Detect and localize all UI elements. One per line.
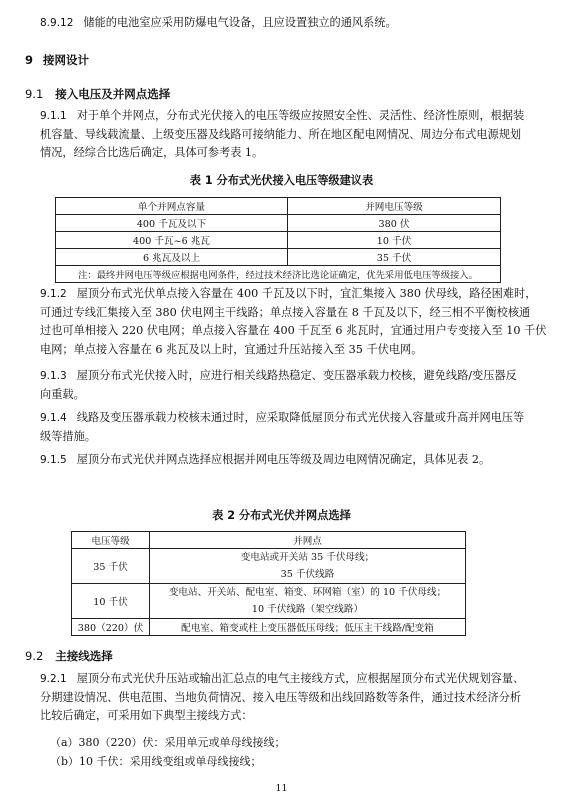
clause-line: 可通过专线汇集接入至 380 伏电网主干线路；单点接入容量在 8 千瓦及以下，经…	[40, 304, 546, 323]
table-cell: 变电站、开关站、配电室、箱变、环网箱（室）的 10 千伏母线； 10 千伏线路（…	[150, 584, 466, 619]
section-heading-9-2: 9.2主接线选择	[25, 648, 113, 664]
clause-line: 过也可单相接入 220 伏电网；单点接入容量在 400 千瓦至 6 兆瓦时，宜通…	[40, 322, 546, 341]
table-1: 单个并网点容量 并网电压等级 400 千瓦及以下 380 伏 400 千瓦~6 …	[55, 197, 501, 283]
clause-9-1-1: 9.1.1对于单个并网点，分布式光伏接入的电压等级应按照安全性、灵活性、经济性原…	[40, 107, 524, 163]
table-cell: 10 千伏	[72, 584, 150, 619]
clause-line: 对于单个并网点，分布式光伏接入的电压等级应按照安全性、灵活性、经济性原则，根据装	[77, 109, 525, 122]
grid-point-line: 变电站或开关站 35 千伏母线；	[150, 549, 465, 566]
table-cell: 35 千伏	[72, 549, 150, 584]
clause-number: 9.2.1	[40, 673, 67, 685]
table-header-cell: 并网电压等级	[288, 198, 501, 215]
grid-point-line: 变电站、开关站、配电室、箱变、环网箱（室）的 10 千伏母线；	[150, 584, 465, 601]
table-header-cell: 单个并网点容量	[56, 198, 288, 215]
table-header-cell: 并网点	[150, 532, 466, 549]
clause-number: 9.1.3	[40, 370, 67, 382]
clause-line: 线路及变压器承载力校核未通过时，应采取降低屋顶分布式光伏接入容量或升高并网电压等	[77, 411, 525, 424]
table-note-row: 注：最终并网电压等级应根据电网条件，经过技术经济比选论证确定，优先采用低电压等级…	[56, 266, 501, 283]
clause-line: 向重载。	[40, 386, 517, 405]
table-row: 400 千瓦~6 兆瓦 10 千伏	[56, 232, 501, 249]
clause-text: 储能的电池室应采用防爆电气设备，且应设置独立的通风系统。	[83, 16, 396, 29]
heading-text: 主接线选择	[55, 649, 113, 663]
heading-number: 9	[25, 53, 33, 67]
table-cell: 380（220）伏	[72, 619, 150, 636]
section-heading-9-1: 9.1接入电压及并网点选择	[25, 86, 170, 102]
heading-number: 9.2	[25, 649, 43, 663]
clause-text: 屋顶分布式光伏并网点选择应根据并网电压等级及周边电网情况确定，具体见表 2。	[77, 453, 490, 466]
clause-line: 比较后确定，可采用如下典型主接线方式：	[40, 707, 524, 726]
list-item: （b）10 千伏：采用线变组或单母线接线；	[50, 752, 286, 771]
table-note: 注：最终并网电压等级应根据电网条件，经过技术经济比选论证确定，优先采用低电压等级…	[56, 266, 501, 283]
page-number: 11	[0, 783, 563, 794]
table-cell: 变电站或开关站 35 千伏母线； 35 千伏线路	[150, 549, 466, 584]
table-cell: 配电室、箱变或柱上变压器低压母线；低压主干线路/配变箱	[150, 619, 466, 636]
clause-number: 9.1.1	[40, 110, 67, 122]
table-row: 400 千瓦及以下 380 伏	[56, 215, 501, 232]
table-cell: 6 兆瓦及以上	[56, 249, 288, 266]
table-2-caption: 表 2 分布式光伏并网点选择	[0, 507, 563, 523]
table-row: 10 千伏 变电站、开关站、配电室、箱变、环网箱（室）的 10 千伏母线； 10…	[72, 584, 466, 619]
wiring-options-list: （a）380（220）伏：采用单元或单母线接线； （b）10 千伏：采用线变组或…	[50, 733, 286, 771]
table-row: 380（220）伏 配电室、箱变或柱上变压器低压母线；低压主干线路/配变箱	[72, 619, 466, 636]
section-heading-9: 9接网设计	[25, 52, 89, 68]
heading-text: 接网设计	[43, 53, 89, 67]
table-2: 电压等级 并网点 35 千伏 变电站或开关站 35 千伏母线； 35 千伏线路 …	[71, 531, 466, 636]
grid-point-line: 10 千伏线路（架空线路）	[150, 601, 465, 618]
clause-line: 电网；单点接入容量在 6 兆瓦及以上时，宜通过升压站接入至 35 千伏电网。	[40, 341, 546, 360]
clause-number: 9.1.4	[40, 412, 67, 424]
grid-point-line: 配电室、箱变或柱上变压器低压母线；低压主干线路/配变箱	[150, 620, 465, 634]
clause-line: 分期建设情况、供电范围、当地负荷情况、接入电压等级和出线回路数等条件，通过技术经…	[40, 689, 524, 708]
clause-number: 8.9.12	[40, 17, 73, 29]
list-item: （a）380（220）伏：采用单元或单母线接线；	[50, 733, 286, 752]
clause-9-1-5: 9.1.5屋顶分布式光伏并网点选择应根据并网电压等级及周边电网情况确定，具体见表…	[40, 451, 490, 470]
clause-9-2-1: 9.2.1屋顶分布式光伏升压站或输出汇总点的电气主接线方式，应根据屋顶分布式光伏…	[40, 670, 524, 726]
table-cell: 35 千伏	[288, 249, 501, 266]
table-1-caption: 表 1 分布式光伏接入电压等级建议表	[0, 172, 563, 188]
clause-line: 屋顶分布式光伏接入时，应进行相关线路热稳定、变压器承载力校核，避免线路/变压器反	[77, 369, 517, 382]
table-header-cell: 电压等级	[72, 532, 150, 549]
grid-point-line: 35 千伏线路	[150, 566, 465, 583]
clause-line: 情况，经综合比选后确定，具体可参考表 1。	[40, 144, 524, 163]
clause-line: 屋顶分布式光伏单点接入容量在 400 千瓦及以下时，宜汇集接入 380 伏母线，…	[77, 287, 537, 300]
table-cell: 400 千瓦及以下	[56, 215, 288, 232]
table-cell: 10 千伏	[288, 232, 501, 249]
clause-9-1-3: 9.1.3屋顶分布式光伏接入时，应进行相关线路热稳定、变压器承载力校核，避免线路…	[40, 367, 517, 404]
clause-number: 9.1.2	[40, 288, 67, 300]
table-cell: 380 伏	[288, 215, 501, 232]
clause-9-1-4: 9.1.4线路及变压器承载力校核未通过时，应采取降低屋顶分布式光伏接入容量或升高…	[40, 409, 524, 446]
heading-number: 9.1	[25, 87, 43, 101]
table-cell: 400 千瓦~6 兆瓦	[56, 232, 288, 249]
heading-text: 接入电压及并网点选择	[55, 87, 170, 101]
clause-9-1-2: 9.1.2屋顶分布式光伏单点接入容量在 400 千瓦及以下时，宜汇集接入 380…	[40, 285, 546, 359]
clause-line: 级等措施。	[40, 428, 524, 447]
clause-number: 9.1.5	[40, 454, 67, 466]
clause-8-9-12: 8.9.12储能的电池室应采用防爆电气设备，且应设置独立的通风系统。	[40, 14, 397, 33]
clause-line: 屋顶分布式光伏升压站或输出汇总点的电气主接线方式，应根据屋顶分布式光伏规划容量、	[77, 672, 525, 685]
clause-line: 机容量、导线载流量、上级变压器及线路可接纳能力、所在地区配电网情况、周边分布式电…	[40, 126, 524, 145]
table-row: 35 千伏 变电站或开关站 35 千伏母线； 35 千伏线路	[72, 549, 466, 584]
table-row: 6 兆瓦及以上 35 千伏	[56, 249, 501, 266]
